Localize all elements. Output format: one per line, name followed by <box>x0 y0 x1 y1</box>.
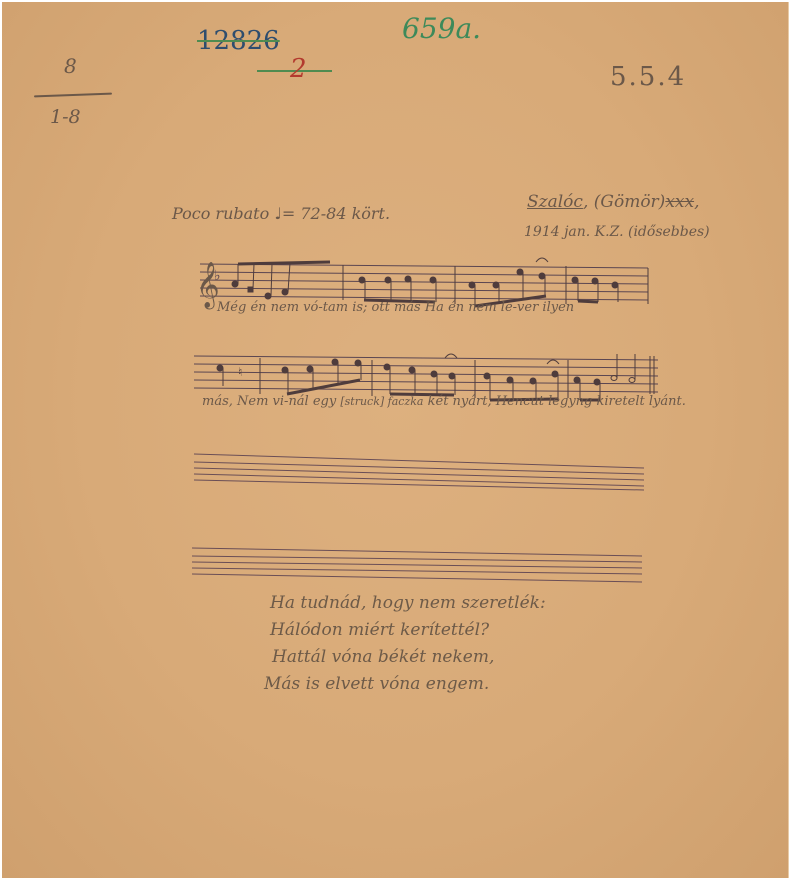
lyric-fragment: más <box>202 394 229 409</box>
lyrics-line-2: más, Nem vi-nál egy [struck] faczka két … <box>202 394 686 409</box>
struck-number-text: 1282 <box>197 26 263 56</box>
struck-word: xxx <box>665 192 694 212</box>
provenance-line-2: 1914 jan. K.Z. (idősebbes) <box>524 224 710 240</box>
place-name: Szalóc <box>527 192 583 212</box>
lyric-fragment: Ha én nem le-ver ilyen <box>425 300 574 315</box>
svg-text:♭: ♭ <box>214 268 221 284</box>
poem-line: Ha tudnád, hogy nem szeretlék: <box>270 590 546 617</box>
lyrics-line-1: Még én nem vó-tam is; ott más Ha én nem … <box>217 300 574 315</box>
red-correction: 2 <box>290 54 307 84</box>
empty-staff-4 <box>190 546 645 586</box>
catalog-number: 659a. <box>402 12 481 45</box>
lyric-fragment: Még én nem vó-tam <box>217 300 348 315</box>
poem-line: Hálódon miért kerítettél? <box>270 617 546 644</box>
struck-catalog-number: 12826 <box>197 26 280 56</box>
date-collector: 1914 jan. K.Z. <box>524 224 624 240</box>
poem-line: Hattál vóna békét nekem, <box>272 644 546 671</box>
metronome-text: ♩= 72-84 kört. <box>274 204 390 223</box>
structure-code: 5.5.4 <box>610 62 686 92</box>
county-name: (Gömör) <box>594 192 666 212</box>
empty-staff-3 <box>192 450 647 492</box>
poem-stanza: Ha tudnád, hogy nem szeretlék: Hálódon m… <box>270 590 546 698</box>
informant: (idősebbes) <box>628 224 710 240</box>
fraction-denominator: 1-8 <box>50 106 81 128</box>
provenance-line-1: Szalóc, (Gömör)xxx, <box>527 192 699 212</box>
lyric-fragment: Hencut legyng kiretelt lyánt. <box>496 394 686 409</box>
lyric-correction: [struck] faczka <box>340 395 423 408</box>
manuscript-page: 8 1-8 12826 2 659a. 5.5.4 Poco rubato ♩=… <box>2 2 789 878</box>
lyric-fragment: is; ott más <box>352 300 421 315</box>
fraction-bar <box>34 93 112 98</box>
struck-suffix: 6 <box>263 26 280 56</box>
poem-line: Más is elvett vóna engem. <box>264 671 546 698</box>
fraction-numerator: 8 <box>64 54 77 78</box>
tempo-marking: Poco rubato ♩= 72-84 kört. <box>172 204 390 223</box>
svg-text:♮: ♮ <box>238 365 242 379</box>
lyric-fragment: Nem vi-nál egy <box>237 394 336 409</box>
tempo-text: Poco rubato <box>172 204 269 223</box>
lyric-fragment: két nyárt <box>428 394 488 409</box>
